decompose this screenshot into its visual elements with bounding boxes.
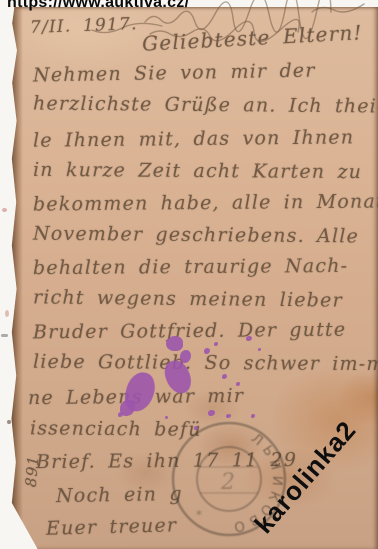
scan-speck bbox=[2, 208, 7, 212]
scan-speck bbox=[1, 334, 8, 337]
handwritten-line: liebe Gottlieb. So schwer im-me bbox=[33, 351, 378, 376]
postmark-center-numeral: 2 bbox=[220, 470, 235, 495]
handwritten-side-number: 891 bbox=[22, 454, 43, 488]
handwritten-line: in kurze Zeit acht Karten zu bbox=[33, 159, 362, 183]
handwritten-line: November geschriebens. Alle bbox=[33, 223, 359, 248]
ink-blot bbox=[166, 336, 183, 351]
auction-site-watermark: https://www.auktiva.cz/ bbox=[7, 0, 189, 12]
scanned-postcard: 7/II. 1917. Geliebteste Eltern! Nehmen S… bbox=[0, 0, 378, 549]
handwritten-line: Euer treuer bbox=[46, 514, 178, 539]
torn-edge bbox=[10, 7, 23, 549]
handwritten-line: richt wegens meinen lieber bbox=[33, 286, 343, 311]
postmark-star: * bbox=[196, 508, 202, 522]
scan-speck bbox=[5, 310, 9, 317]
handwritten-line: Bruder Gottfried. Der gutte bbox=[33, 319, 346, 344]
handwritten-line: le Ihnen mit, das von Ihnen bbox=[33, 126, 354, 151]
scan-speck bbox=[7, 420, 11, 424]
handwritten-date: 7/II. 1917. bbox=[30, 14, 138, 38]
handwritten-line: Noch ein g bbox=[56, 483, 183, 507]
handwritten-line: behalten die traurige Nach- bbox=[33, 255, 348, 279]
handwritten-line: bekommen habe, alle in Monat bbox=[33, 190, 378, 215]
handwritten-line: herzlichste Grüße an. Ich thei- bbox=[33, 92, 378, 117]
